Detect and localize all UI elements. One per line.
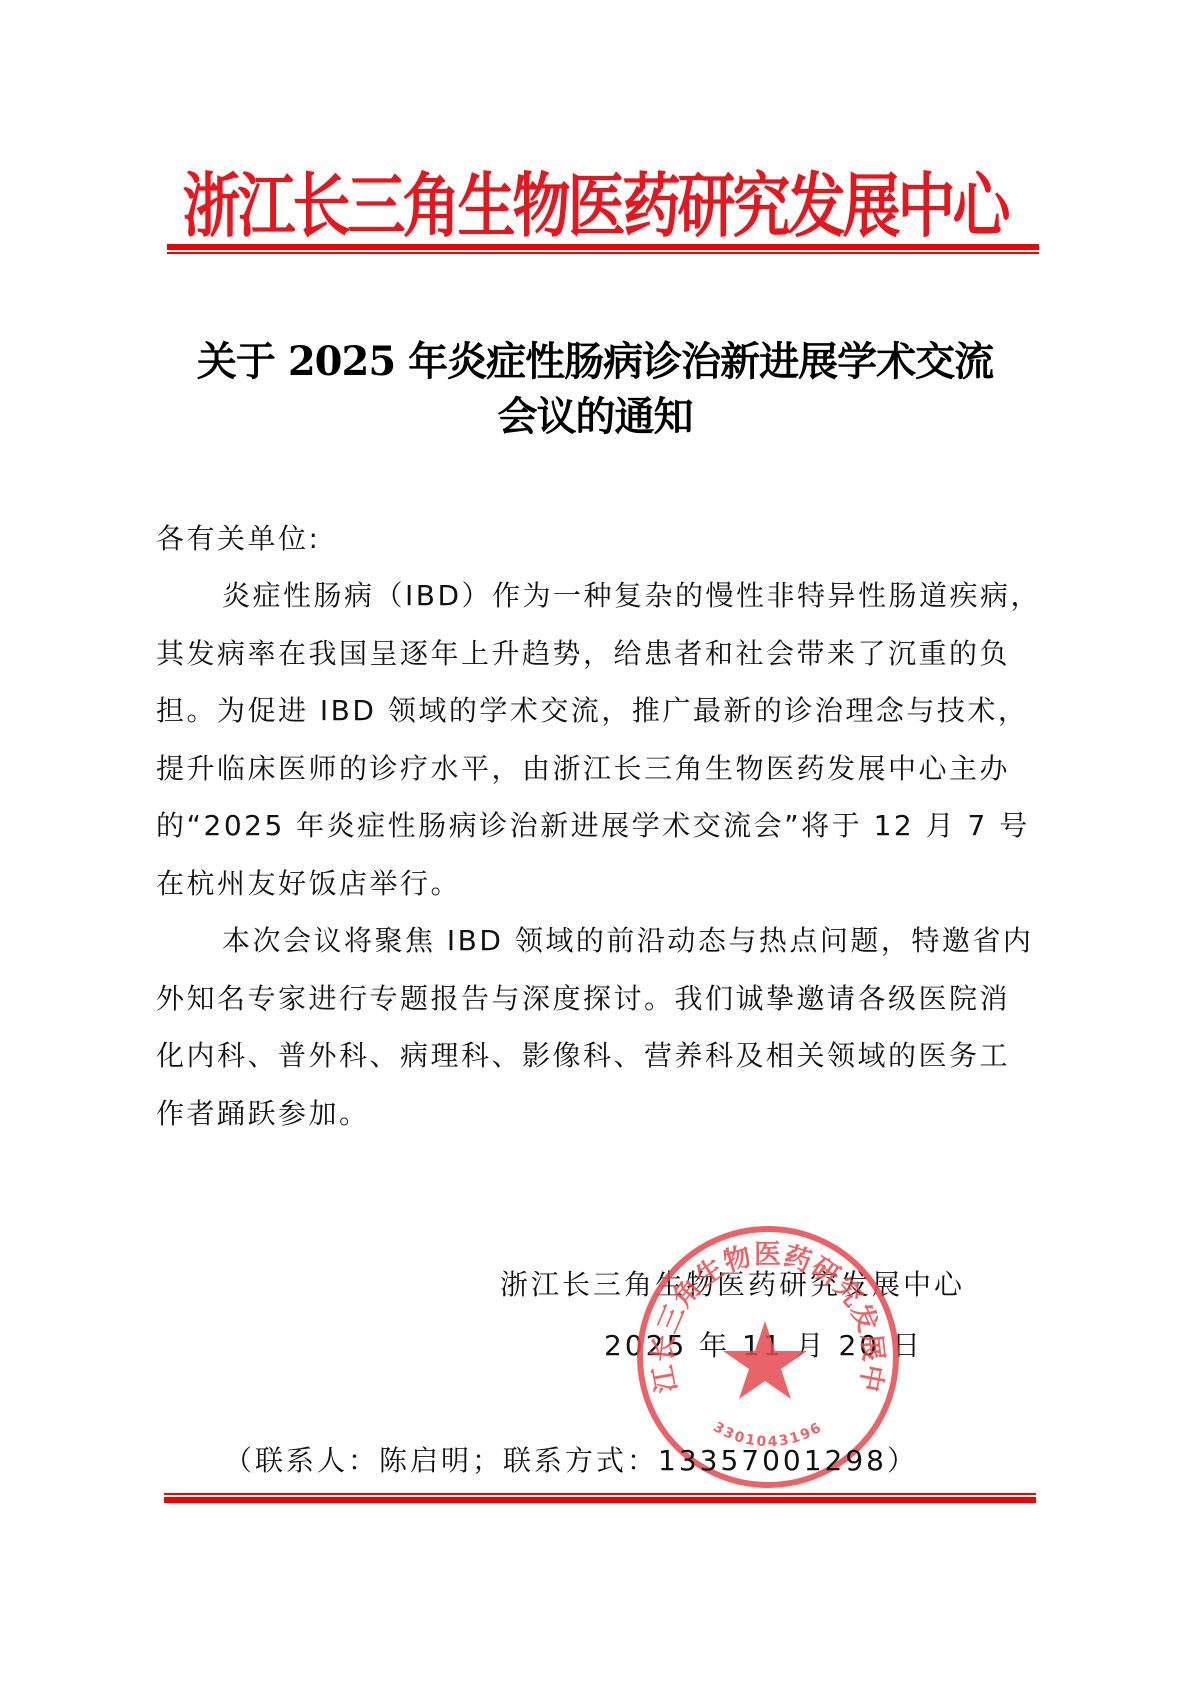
footer-rule-thick (164, 1497, 1036, 1503)
paragraph-line: 化内科、普外科、病理科、影像科、营养科及相关领域的医务工 (156, 1027, 1040, 1085)
footer-rule-thin (164, 1493, 1036, 1495)
signature-organization: 浙江长三角生物医药研究发展中心 (500, 1267, 965, 1303)
letterhead-rule-thick (167, 244, 1039, 250)
svg-text:浙江长三角生物医药研究发展中心: 浙江长三角生物医药研究发展中心 (634, 1223, 889, 1395)
letterhead-rule-thin (167, 252, 1039, 254)
paragraph-line: 提升临床医师的诊疗水平，由浙江长三角生物医药发展中心主办 (156, 740, 1040, 798)
document-title-line-1: 关于 2025 年炎症性肠病诊治新进展学术交流 (150, 334, 1040, 390)
paragraph-1: 炎症性肠病（IBD）作为一种复杂的慢性非特异性肠道疾病， 其发病率在我国呈逐年上… (156, 567, 1040, 912)
paragraph-line: 本次会议将聚焦 IBD 领域的前沿动态与热点问题，特邀省内 (156, 912, 1040, 970)
seal-text: 浙江长三角生物医药研究发展中心 (634, 1223, 889, 1395)
contact-info: （联系人：陈启明；联系方式：13357001298） (224, 1443, 918, 1479)
paragraph-line: 担。为促进 IBD 领域的学术交流，推广最新的诊治理念与技术， (156, 682, 1040, 740)
paragraph-line: 的“2025 年炎症性肠病诊治新进展学术交流会”将于 12 月 7 号 (156, 797, 1040, 855)
paragraph-line: 炎症性肠病（IBD）作为一种复杂的慢性非特异性肠道疾病， (156, 567, 1040, 625)
organization-letterhead: 浙江长三角生物医药研究发展中心 (150, 158, 1040, 254)
paragraph-2: 本次会议将聚焦 IBD 领域的前沿动态与热点问题，特邀省内 外知名专家进行专题报… (156, 912, 1040, 1142)
signature-date: 2025 年 11 月 20 日 (604, 1328, 923, 1364)
paragraph-line: 在杭州友好饭店举行。 (156, 855, 1040, 913)
salutation: 各有关单位: (156, 510, 1040, 568)
document-title-line-2: 会议的通知 (150, 389, 1040, 445)
paragraph-line: 作者踊跃参加。 (156, 1085, 1040, 1143)
paragraph-line: 外知名专家进行专题报告与深度探讨。我们诚挚邀请各级医院消 (156, 970, 1040, 1028)
paragraph-line: 其发病率在我国呈逐年上升趋势，给患者和社会带来了沉重的负 (156, 625, 1040, 683)
